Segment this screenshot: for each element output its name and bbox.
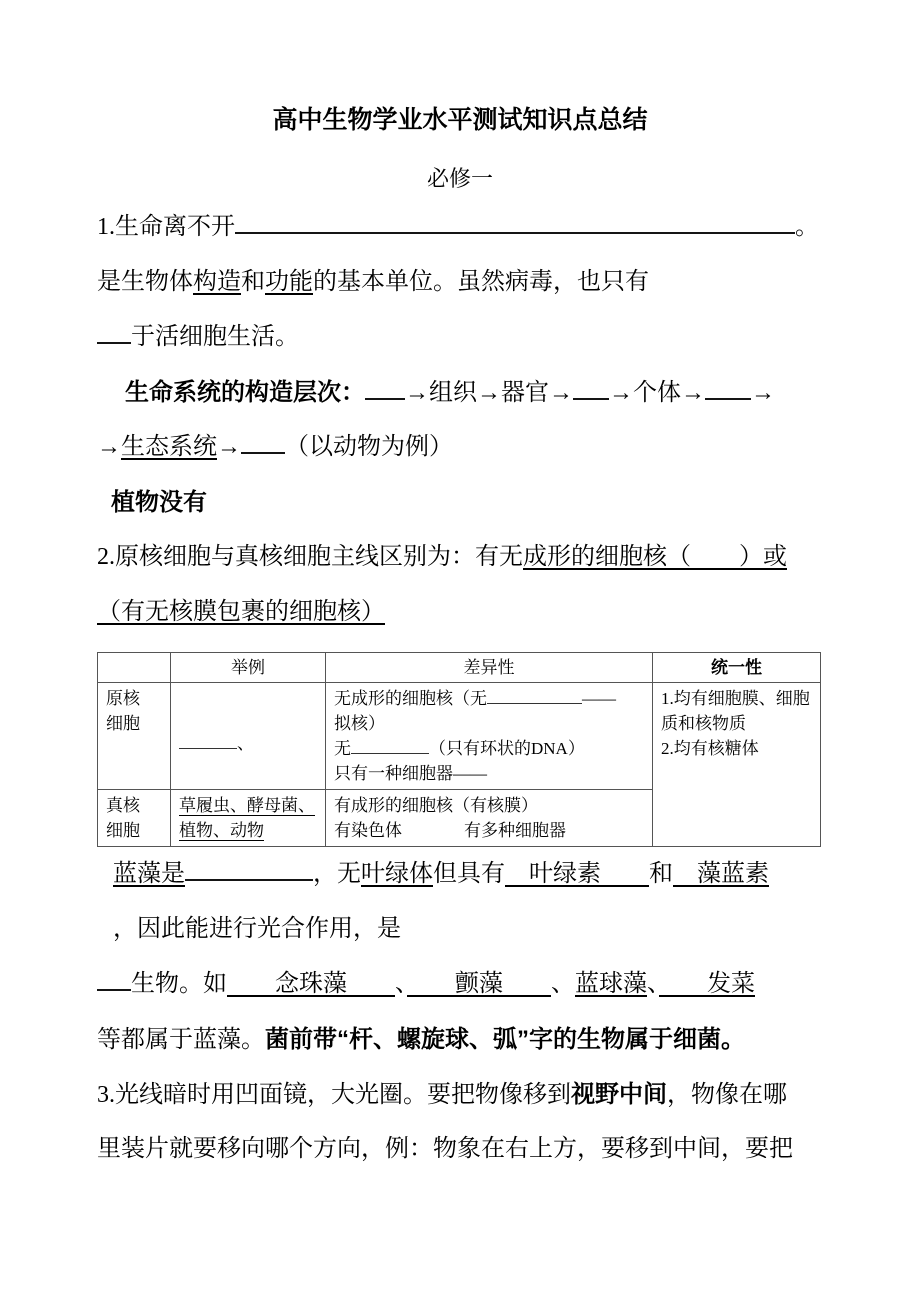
item-1-line-2: 是生物体构造和功能的基本单位。虽然病毒，也只有 xyxy=(97,255,820,310)
prokaryote-difference-cell: 无成形的细胞核（无—— 拟核） 无（只有环状的DNA） 只有一种细胞器—— xyxy=(326,683,653,790)
document-title: 高中生物学业水平测试知识点总结 xyxy=(0,100,920,140)
blank-underline xyxy=(351,736,429,754)
underlined-answer: 功能 xyxy=(265,269,313,295)
underlined-answer: 蓝球藻 xyxy=(575,971,647,997)
diff-line: 无成形的细胞核（无—— xyxy=(334,686,644,711)
text-run: 是生物体 xyxy=(97,269,193,295)
underlined-answer: （有无核膜包裹的细胞核） xyxy=(97,599,385,625)
text-run: 和 xyxy=(649,861,673,887)
life-system-levels-line-2: →生态系统→（以动物为例） xyxy=(97,420,820,475)
diff-line: 有成形的细胞核（有核膜） xyxy=(334,793,644,818)
cyanobacteria-line: 蓝藻是，无叶绿体但具有 叶绿素 和 藻蓝素 xyxy=(97,847,836,902)
underlined-answer: 藻蓝素 xyxy=(673,861,769,887)
text-run: 2.原核细胞与真核细胞主线区别为：有无 xyxy=(97,544,523,570)
text-run: 有多种细胞器 xyxy=(464,821,566,840)
text-run: 的基本单位。虽然病毒，也只有 xyxy=(313,269,649,295)
text-run: ，因此能进行光合作用，是 xyxy=(113,916,401,942)
underlined-answer: 构造 xyxy=(193,269,241,295)
bold-text-run: 植物没有 xyxy=(111,489,207,516)
eukaryote-difference-cell: 有成形的细胞核（有核膜） 有染色体有多种细胞器 xyxy=(326,790,653,847)
blank-underline xyxy=(235,208,795,234)
underlined-answer: 发菜 xyxy=(659,971,755,997)
diff-line: 无（只有环状的DNA） xyxy=(334,736,644,761)
text-run: （以动物为例） xyxy=(285,434,453,460)
cyanobacteria-line-3: 生物。如 念珠藻 、 颤藻 、蓝球藻、 发菜 xyxy=(97,957,820,1012)
underlined-answer: 成形的细胞核（ ）或 xyxy=(523,544,787,570)
bold-text-run: 视野中间 xyxy=(571,1081,667,1108)
blank-underline xyxy=(97,318,131,344)
diff-line: 拟核） xyxy=(334,711,644,736)
text-run: 、 xyxy=(237,734,254,753)
eukaryote-label-cell: 真核 细胞 xyxy=(98,790,171,847)
text-run: 3.光线暗时用凹面镜，大光圈。要把物像移到 xyxy=(97,1082,571,1108)
bold-text-run: 菌前带“杆、螺旋球、弧”字的生物属于细菌。 xyxy=(265,1026,745,1053)
text-run: —— xyxy=(582,689,616,708)
blank-underline xyxy=(185,855,313,881)
blank-underline xyxy=(365,374,405,400)
blank-underline xyxy=(487,686,582,704)
table-header-row: 举例 差异性 统一性 xyxy=(98,653,821,683)
underlined-answer: 叶绿体 xyxy=(361,861,433,887)
text-run: 里装片就要移向哪个方向，例：物象在右上方，要移到中间，要把 xyxy=(97,1136,793,1162)
underlined-answer: 念珠藻 xyxy=(227,971,395,997)
item-3-line: 3.光线暗时用凹面镜，大光圈。要把物像移到视野中间，物像在哪 xyxy=(97,1067,820,1122)
blank-underline xyxy=(705,374,751,400)
arrow-glyph: → xyxy=(97,434,121,460)
blank-underline xyxy=(179,731,237,749)
underlined-answer: 草履虫、酵母菌、植物、动物 xyxy=(179,796,315,840)
text-run: 但具有 xyxy=(433,861,505,887)
prokaryote-example-cell: 、 xyxy=(171,683,326,790)
text-run: 。 xyxy=(795,214,819,240)
cyanobacteria-line-4: 等都属于蓝藻。菌前带“杆、螺旋球、弧”字的生物属于细菌。 xyxy=(97,1012,820,1067)
text-run: 、 xyxy=(647,971,659,997)
text-run: 、 xyxy=(551,971,575,997)
text-run: 生物。如 xyxy=(131,971,227,997)
text-run: →个体→ xyxy=(609,380,705,406)
diff-line: 只有一种细胞器—— xyxy=(334,761,644,786)
text-run: 有染色体 xyxy=(334,821,402,840)
prokaryote-label-cell: 原核 细胞 xyxy=(98,683,171,790)
blank-underline xyxy=(241,428,285,454)
text-run: 和 xyxy=(241,269,265,295)
text-run: ，物像在哪 xyxy=(667,1082,787,1108)
prokaryote-row: 原核 细胞 、 无成形的细胞核（无—— 拟核） 无（只有环状的DNA） 只有一种… xyxy=(98,683,821,790)
cyanobacteria-line-2: ，因此能进行光合作用，是 xyxy=(97,902,836,957)
text-run: 等都属于蓝藻。 xyxy=(97,1027,265,1053)
diff-line: 有染色体有多种细胞器 xyxy=(334,818,644,843)
item-2-line: 2.原核细胞与真核细胞主线区别为：有无成形的细胞核（ ）或 xyxy=(97,530,820,585)
underlined-answer: 生态系统 xyxy=(121,434,217,460)
example-blank-wrap: 、 xyxy=(179,731,317,756)
text-run: 、 xyxy=(395,971,407,997)
corner-cell xyxy=(98,653,171,683)
unity-cell: 1.均有细胞膜、细胞质和核物质 2.均有核糖体 xyxy=(653,683,821,847)
text-run: ，无 xyxy=(313,861,361,887)
header-example: 举例 xyxy=(171,653,326,683)
header-difference: 差异性 xyxy=(326,653,653,683)
text-run: 无成形的细胞核（无 xyxy=(334,689,487,708)
text-run: 无 xyxy=(334,739,351,758)
text-run: 1.生命离不开 xyxy=(97,214,235,240)
item-2-line-2: （有无核膜包裹的细胞核） xyxy=(97,585,820,640)
text-run: （只有环状的DNA） xyxy=(429,739,585,758)
blank-underline xyxy=(97,965,131,991)
text-run: 于活细胞生活。 xyxy=(131,324,299,350)
arrow-glyph: → xyxy=(217,434,241,460)
plants-note-line: 植物没有 xyxy=(97,475,834,530)
item-1-line: 1.生命离不开。 xyxy=(97,200,820,255)
header-unity: 统一性 xyxy=(653,653,821,683)
life-system-levels-line: 生命系统的构造层次：→组织→器官→→个体→→ xyxy=(97,365,848,420)
underlined-answer: 蓝藻是 xyxy=(113,861,185,887)
bold-heading-run: 生命系统的构造层次： xyxy=(125,379,365,406)
text-run: →组织→器官→ xyxy=(405,380,573,406)
underlined-answer: 颤藻 xyxy=(407,971,551,997)
item-3-line-2: 里装片就要移向哪个方向，例：物象在右上方，要移到中间，要把 xyxy=(97,1122,820,1177)
document-subtitle: 必修一 xyxy=(0,158,920,200)
eukaryote-example-cell: 草履虫、酵母菌、植物、动物 xyxy=(171,790,326,847)
underlined-answer: 叶绿素 xyxy=(505,861,649,887)
item-1-line-3: 于活细胞生活。 xyxy=(97,310,820,365)
comparison-table: 举例 差异性 统一性 原核 细胞 、 无成形的细胞核（无—— 拟核） 无（只有环… xyxy=(97,652,821,847)
document-page: 高中生物学业水平测试知识点总结 必修一 1.生命离不开。 是生物体构造和功能的基… xyxy=(0,0,920,1300)
text-run: → xyxy=(751,380,775,406)
blank-underline xyxy=(573,374,609,400)
